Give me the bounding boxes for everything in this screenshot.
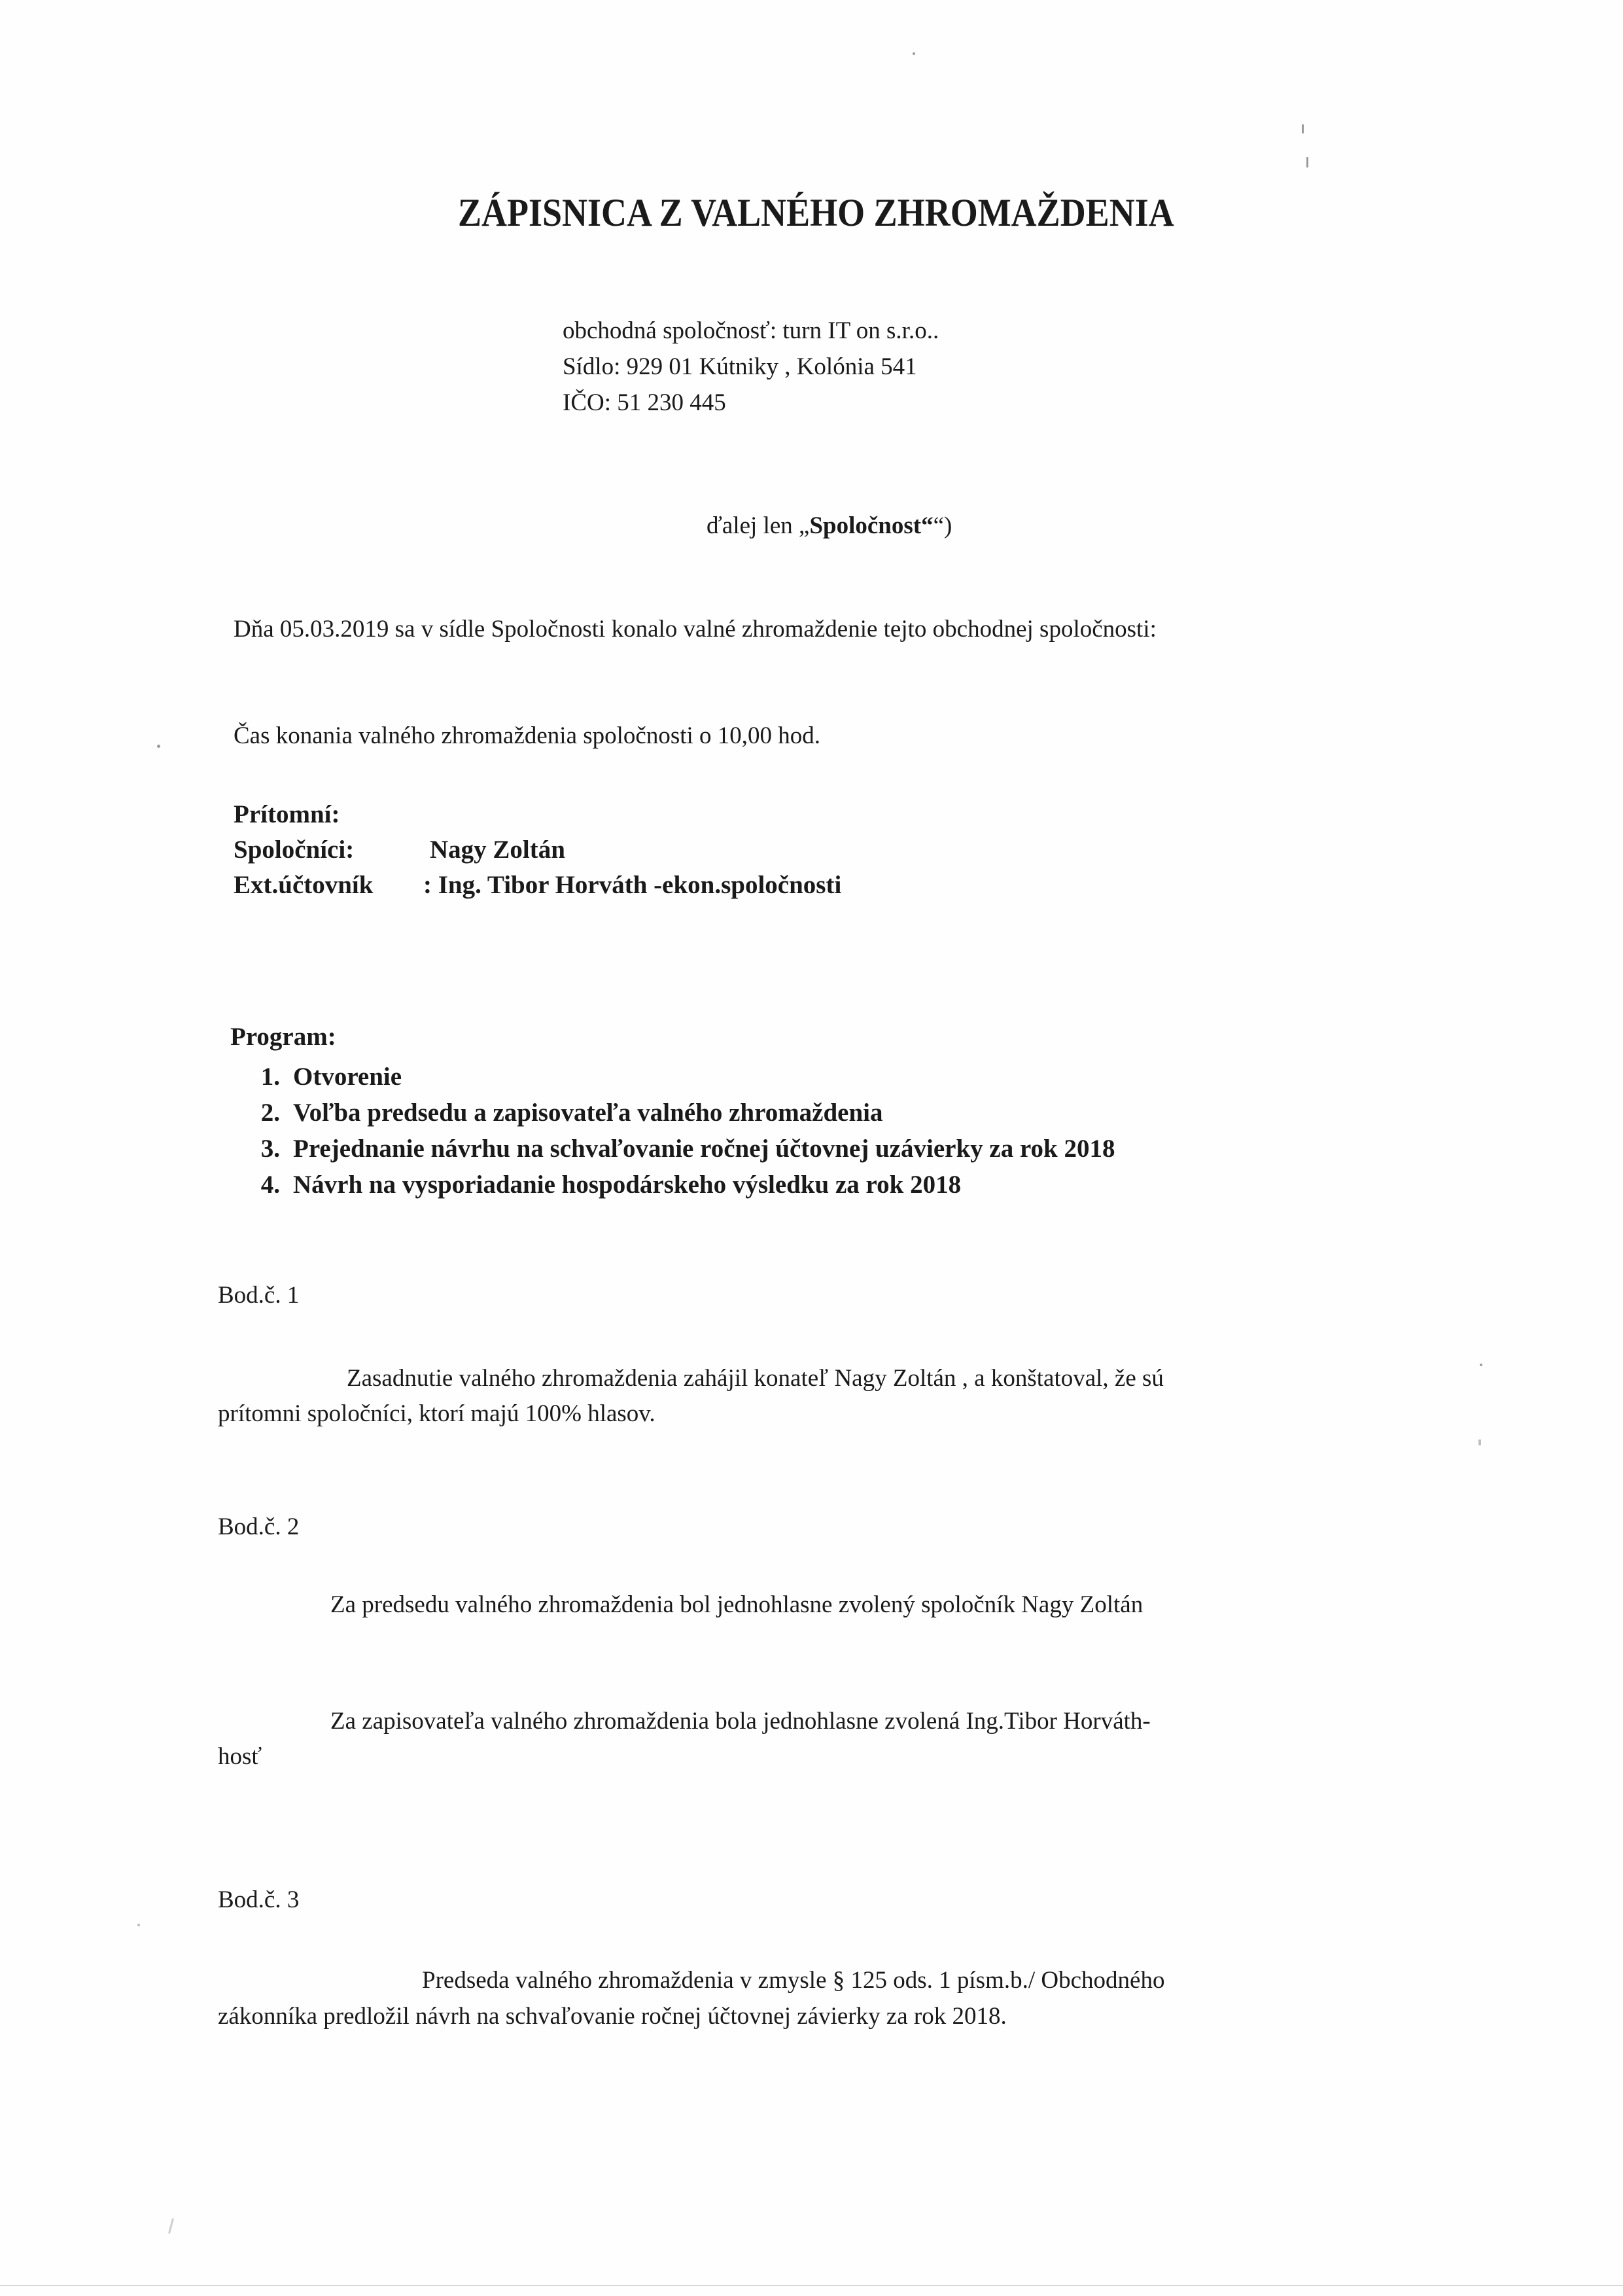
point-1-line-1: Zasadnutie valného zhromaždenia zahájil … (347, 1362, 1164, 1395)
accountant-label: Ext.účtovník (234, 868, 423, 903)
program-item-text: Voľba predsedu a zapisovateľa valného zh… (293, 1095, 883, 1131)
company-name-line: obchodná spoločnosť: turn IT on s.r.o.. (563, 313, 939, 349)
document-title: ZÁPISNICA Z VALNÉHO ZHROMAŽDENIA (458, 190, 1174, 235)
company-info: obchodná spoločnosť: turn IT on s.r.o.. … (563, 313, 939, 421)
accountant-value: : Ing. Tibor Horváth -ekon.spoločnosti (423, 868, 841, 903)
point-2-paragraph-2-line-1: Za zapisovateľa valného zhromaždenia bol… (330, 1705, 1151, 1738)
program-item-text: Otvorenie (293, 1059, 402, 1095)
partners-value: Nagy Zoltán (430, 832, 565, 868)
point-2-paragraph-1: Za predsedu valného zhromaždenia bol jed… (330, 1589, 1143, 1621)
point-2-paragraph-2-line-2: hosť (218, 1740, 262, 1773)
program-list: 1. Otvorenie 2. Voľba predsedu a zapisov… (234, 1059, 1115, 1203)
company-alias-suffix: “) (934, 512, 952, 539)
scan-speck (1306, 157, 1308, 168)
scan-speck (168, 2218, 174, 2234)
point-2-label: Bod.č. 2 (218, 1513, 299, 1541)
company-ico-line: IČO: 51 230 445 (563, 385, 939, 421)
program-item: 2. Voľba predsedu a zapisovateľa valného… (234, 1095, 1115, 1131)
program-item-number: 2. (234, 1095, 293, 1131)
scan-speck (157, 745, 160, 748)
point-3-line-2: zákonníka predložil návrh na schvaľovani… (218, 2000, 1007, 2033)
point-1-label: Bod.č. 1 (218, 1281, 299, 1309)
meeting-time: Čas konania valného zhromaždenia spoločn… (234, 722, 820, 750)
program-item-number: 1. (234, 1059, 293, 1095)
program-item: 3. Prejednanie návrhu na schvaľovanie ro… (234, 1131, 1115, 1167)
attendees-section: Prítomní: Spoločníci: Nagy Zoltán Ext.úč… (234, 797, 841, 903)
scan-edge-line (0, 2285, 1623, 2286)
attendees-heading: Prítomní: (234, 797, 841, 832)
company-alias-prefix: ďalej len „ (707, 512, 809, 539)
program-item: 4. Návrh na vysporiadanie hospodárskeho … (234, 1167, 1115, 1203)
partners-row: Spoločníci: Nagy Zoltán (234, 832, 841, 868)
partners-label: Spoločníci: (234, 832, 430, 868)
program-item-number: 3. (234, 1131, 293, 1167)
meeting-intro: Dňa 05.03.2019 sa v sídle Spoločnosti ko… (234, 615, 1157, 643)
program-item-number: 4. (234, 1167, 293, 1203)
program-item-text: Prejednanie návrhu na schvaľovanie ročne… (293, 1131, 1115, 1167)
scan-speck (1478, 1439, 1481, 1445)
scan-speck (1302, 124, 1304, 133)
scan-speck (1480, 1364, 1482, 1366)
program-item-text: Návrh na vysporiadanie hospodárskeho výs… (293, 1167, 961, 1203)
scan-speck (913, 52, 915, 55)
scanned-document-page: ZÁPISNICA Z VALNÉHO ZHROMAŽDENIA obchodn… (0, 0, 1623, 2296)
company-alias-bold: Spoločnost“ (809, 512, 933, 539)
scan-speck (137, 1924, 140, 1926)
point-3-line-1: Predseda valného zhromaždenia v zmysle §… (422, 1964, 1164, 1997)
company-address-line: Sídlo: 929 01 Kútniky , Kolónia 541 (563, 349, 939, 385)
program-item: 1. Otvorenie (234, 1059, 1115, 1095)
accountant-row: Ext.účtovník : Ing. Tibor Horváth -ekon.… (234, 868, 841, 903)
point-3-label: Bod.č. 3 (218, 1886, 299, 1914)
company-alias: ďalej len „Spoločnost““) (707, 512, 952, 540)
program-heading: Program: (230, 1022, 336, 1051)
point-1-line-2: prítomni spoločníci, ktorí majú 100% hla… (218, 1398, 655, 1430)
